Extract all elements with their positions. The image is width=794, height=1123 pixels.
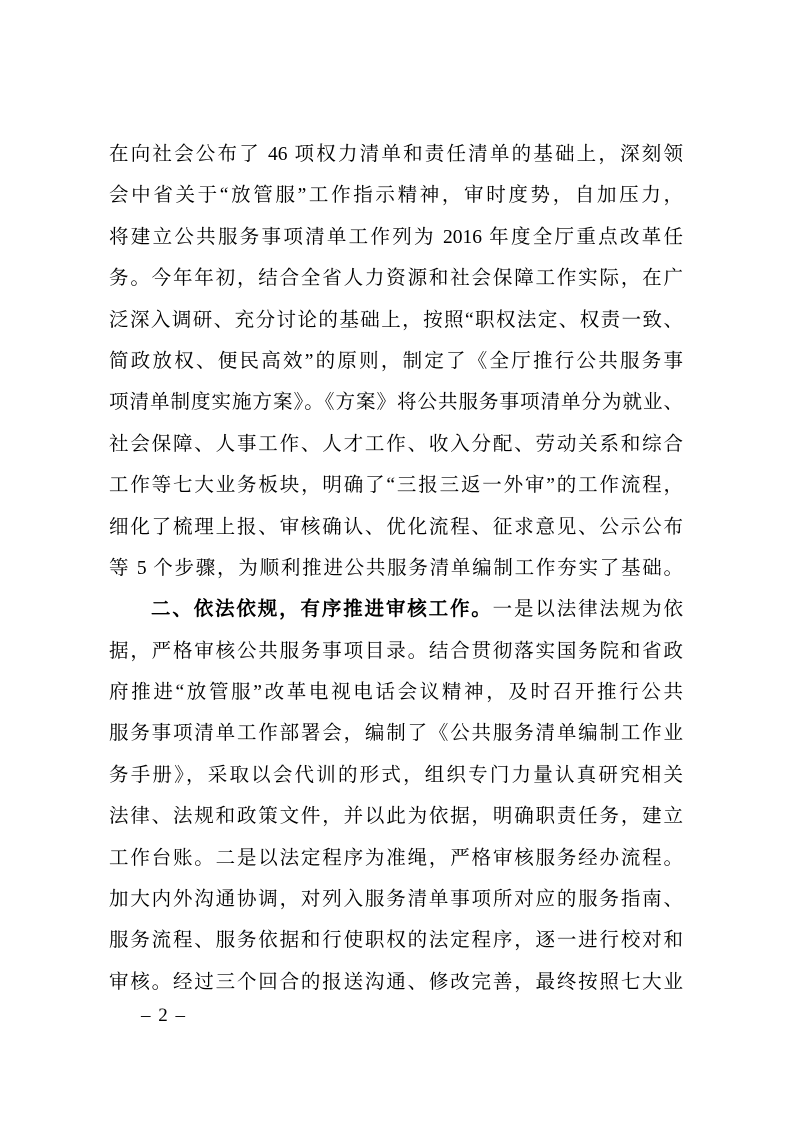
text-line: 服务事项清单工作部署会，编制了《公共服务清单编制工作业 (109, 713, 683, 754)
text-line: 泛深入调研、充分讨论的基础上，按照“职权法定、权责一致、 (109, 300, 683, 341)
text-line: 府推进“放管服”改革电视电话会议精神，及时召开推行公共 (109, 672, 683, 713)
document-body: 在向社会公布了 46 项权力清单和责任清单的基础上，深刻领会中省关于“放管服”工… (109, 134, 683, 1003)
text-line: 等 5 个步骤，为顺利推进公共服务清单编制工作夯实了基础。 (109, 548, 683, 589)
document-page: 在向社会公布了 46 项权力清单和责任清单的基础上，深刻领会中省关于“放管服”工… (0, 0, 794, 1123)
text-line: 会中省关于“放管服”工作指示精神，审时度势，自加压力， (109, 175, 683, 216)
text-line: 审核。经过三个回合的报送沟通、修改完善，最终按照七大业 (109, 962, 683, 1003)
text-line: 务手册》，采取以会代训的形式，组织专门力量认真研究相关 (109, 755, 683, 796)
text-line: 在向社会公布了 46 项权力清单和责任清单的基础上，深刻领 (109, 134, 683, 175)
page-number: – 2 – (141, 1005, 187, 1027)
text-line: 服务流程、服务依据和行使职权的法定程序，逐一进行校对和 (109, 920, 683, 961)
text-line: 简政放权、便民高效”的原则，制定了《全厅推行公共服务事 (109, 341, 683, 382)
text-line: 将建立公共服务事项清单工作列为 2016 年度全厅重点改革任 (109, 217, 683, 258)
text-line: 二、依法依规，有序推进审核工作。一是以法律法规为依 (109, 589, 683, 630)
text-line: 法律、法规和政策文件，并以此为依据，明确职责任务，建立 (109, 796, 683, 837)
section-heading: 二、依法依规，有序推进审核工作。 (151, 598, 493, 620)
text-line: 项清单制度实施方案》。《方案》将公共服务事项清单分为就业、 (109, 382, 683, 423)
text-line: 细化了梳理上报、审核确认、优化流程、征求意见、公示公布 (109, 507, 683, 548)
text-line: 务。今年年初，结合全省人力资源和社会保障工作实际，在广 (109, 258, 683, 299)
text-line: 社会保障、人事工作、人才工作、收入分配、劳动关系和综合 (109, 424, 683, 465)
text-line: 据，严格审核公共服务事项目录。结合贯彻落实国务院和省政 (109, 631, 683, 672)
text-line: 工作台账。二是以法定程序为准绳，严格审核服务经办流程。 (109, 838, 683, 879)
text-line: 工作等七大业务板块，明确了“三报三返一外审”的工作流程， (109, 465, 683, 506)
text-line: 加大内外沟通协调，对列入服务清单事项所对应的服务指南、 (109, 879, 683, 920)
